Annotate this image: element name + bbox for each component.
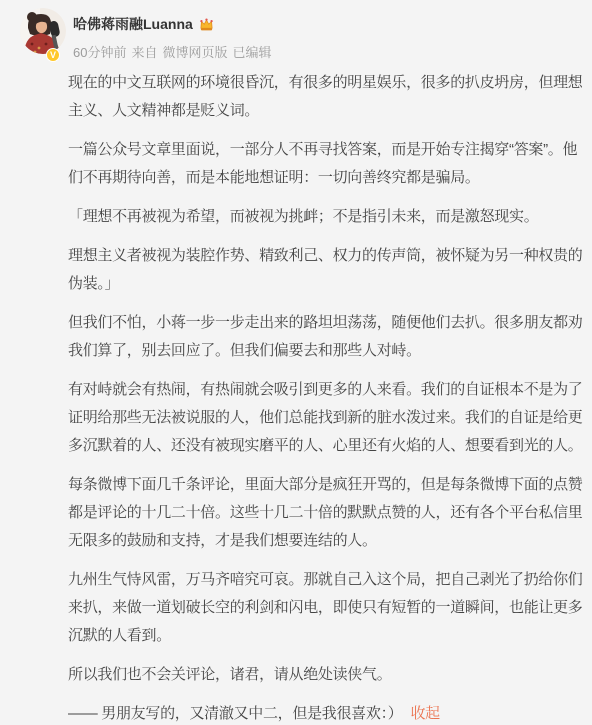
post-closing-line: —— 男朋友写的，又清澈又中二，但是我很喜欢：）收起 bbox=[68, 700, 586, 725]
crown-vip-icon[interactable] bbox=[199, 17, 214, 32]
post-content: 现在的中文互联网的环境很昏沉，有很多的明星娱乐，很多的扒皮坍房，但理想主义、人文… bbox=[68, 69, 586, 725]
post-paragraph: 有对峙就会有热闹，有热闹就会吸引到更多的人来看。我们的自证根本不是为了证明给那些… bbox=[68, 376, 586, 460]
post-source[interactable]: 微博网页版 bbox=[162, 42, 227, 61]
weibo-post-page: { "header": { "username": "哈佛蒋雨融Luanna",… bbox=[0, 0, 592, 725]
post-paragraph: 「理想不再被视为希望，而被视为挑衅；不是指引未来，而是激怒现实。 bbox=[68, 203, 586, 231]
collapse-link[interactable]: 收起 bbox=[410, 705, 439, 722]
post-paragraph: 一篇公众号文章里面说，一部分人不再寻找答案，而是开始专注揭穿“答案”。他们不再期… bbox=[68, 136, 586, 192]
source-prefix-label: 来自 bbox=[131, 42, 157, 61]
username[interactable]: 哈佛蒋雨融Luanna bbox=[73, 14, 193, 34]
avatar[interactable]: V bbox=[20, 8, 66, 54]
edited-label: 已编辑 bbox=[233, 42, 272, 61]
post-meta: 60分钟前 来自 微博网页版 已编辑 bbox=[73, 42, 272, 61]
post-paragraph: 九州生气恃风雷，万马齐喑究可哀。那就自己入这个局，把自己剥光了扔给你们来扒，来做… bbox=[68, 566, 586, 650]
post-paragraph: 理想主义者被视为装腔作势、精致利己、权力的传声筒，被怀疑为另一种权贵的伪装。」 bbox=[68, 242, 586, 298]
post-paragraph: 每条微博下面几千条评论，里面大部分是疯狂开骂的，但是每条微博下面的点赞都是评论的… bbox=[68, 471, 586, 555]
post-paragraph: 但我们不怕，小蒋一步一步走出来的路坦坦荡荡，随便他们去扒。很多朋友都劝我们算了，… bbox=[68, 309, 586, 365]
closing-text: —— 男朋友写的，又清澈又中二，但是我很喜欢：） bbox=[68, 705, 402, 722]
post-header: V 哈佛蒋雨融Luanna 60分钟前 来自 微博网页版 bbox=[0, 0, 592, 61]
post-paragraph: 所以我们也不会关评论，诸君，请从绝处读侠气。 bbox=[68, 661, 586, 689]
verified-badge-icon: V bbox=[46, 48, 60, 62]
post-paragraph: 现在的中文互联网的环境很昏沉，有很多的明星娱乐，很多的扒皮坍房，但理想主义、人文… bbox=[68, 69, 586, 125]
post-time[interactable]: 60分钟前 bbox=[73, 42, 126, 61]
weibo-post-card: V 哈佛蒋雨融Luanna 60分钟前 来自 微博网页版 bbox=[0, 0, 592, 725]
header-text: 哈佛蒋雨融Luanna 60分钟前 来自 微博网页版 已编辑 bbox=[73, 8, 272, 61]
avatar-photo bbox=[20, 8, 66, 54]
